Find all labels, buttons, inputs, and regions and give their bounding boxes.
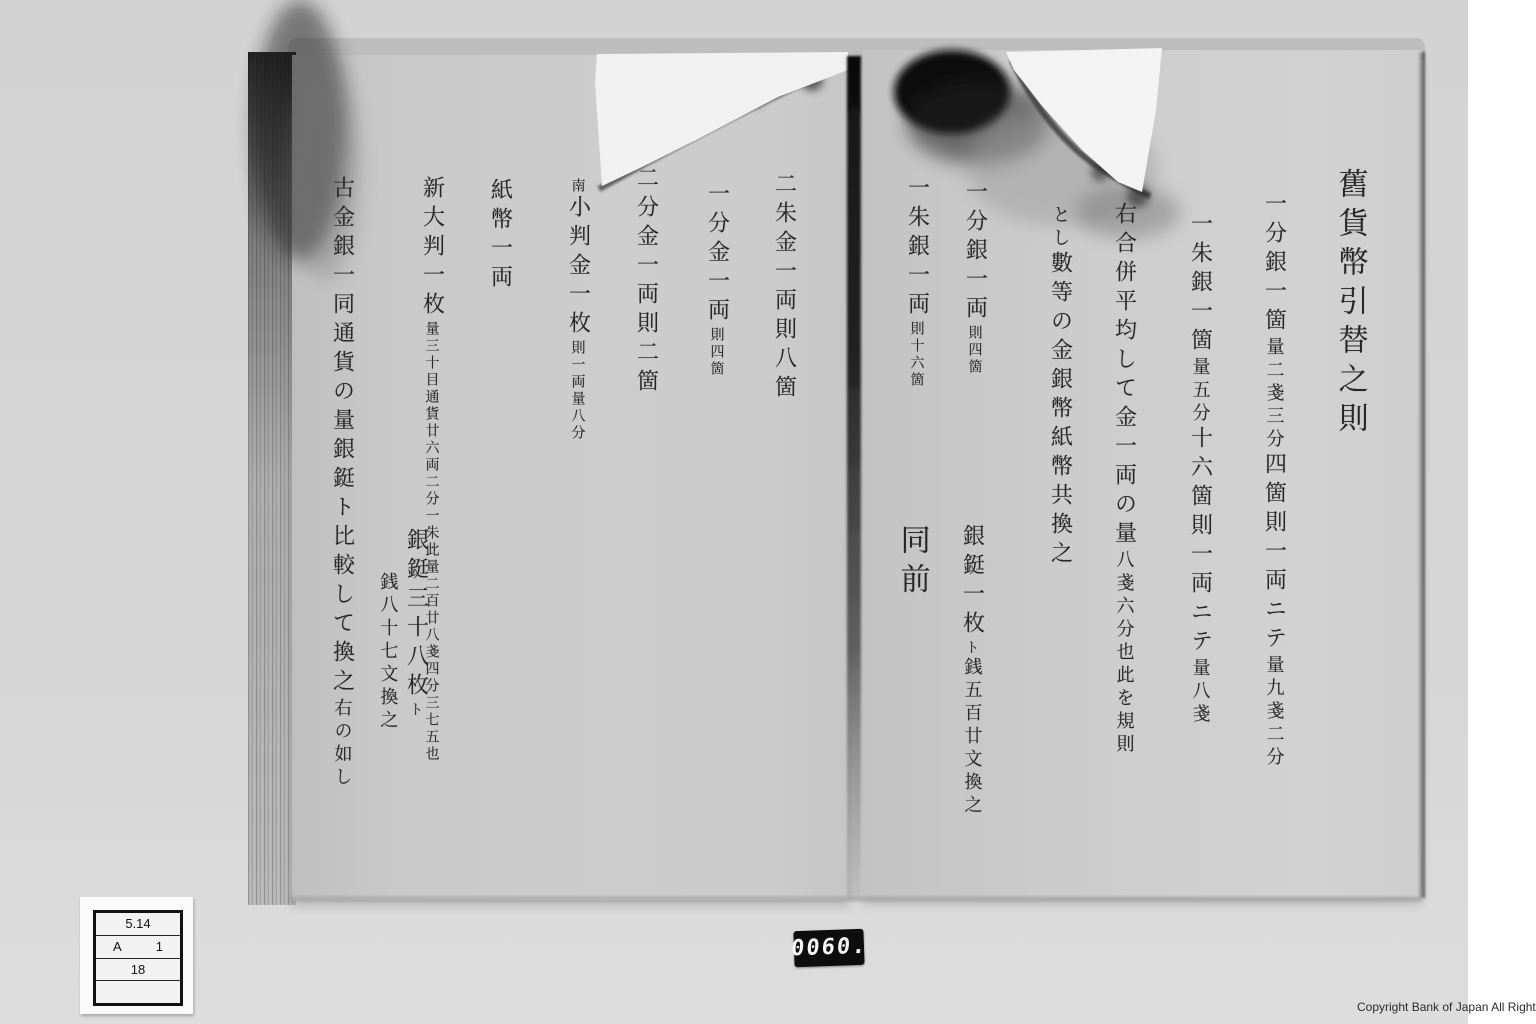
manuscript-text-segment: 一分金一両: [704, 182, 729, 327]
manuscript-text-segment: 一分銀一両: [962, 180, 987, 325]
manuscript-text-segment: 右合併平均して金一両の量: [1111, 202, 1136, 550]
bottom-page-edge: [290, 896, 1422, 902]
manuscript-text-segment: 八戔六分也此を規則: [1113, 550, 1134, 757]
manuscript-text-segment: 數等の金銀幣紙幣共換之: [1047, 251, 1072, 570]
frame-counter-digits: 0060.: [790, 936, 868, 961]
right-page-edge: [1418, 52, 1425, 898]
manuscript-text-segment: 銀鋌三十八枚: [403, 528, 428, 702]
manuscript-text-segment: 古金銀一同通貨の量銀鋌ト比較して換之: [329, 176, 354, 698]
manuscript-text-segment: 舊貨幣引替之則: [1333, 168, 1368, 441]
manuscript-text-segment: 則十六箇: [908, 321, 924, 389]
manuscript-text-segment: 四箇則一両ニテ: [1261, 452, 1286, 655]
manuscript-text-segment: ト: [407, 702, 423, 719]
archive-label-table: 5.14 A 1 18: [93, 910, 183, 1006]
screenshot-stage: 舊貨幣引替之則一分銀一箇量二戔三分四箇則一両ニテ量九戔二分一朱銀一箇量五分十六箇…: [0, 0, 1536, 1024]
manuscript-text-segment: 新大判一枚: [419, 176, 444, 321]
frame-counter: 0060.: [793, 929, 864, 967]
label-series-number: 1: [156, 939, 163, 954]
archive-label-card: 5.14 A 1 18: [80, 897, 193, 1014]
manuscript-text-segment: 南: [569, 178, 585, 195]
manuscript-column: 古金銀一同通貨の量銀鋌ト比較して換之右の如し: [330, 176, 352, 790]
manuscript-text-segment: 則一両量八分: [569, 340, 585, 442]
manuscript-text-segment: 紙幣一両: [487, 178, 512, 294]
manuscript-text-segment: 十六箇則一両ニテ: [1187, 426, 1212, 658]
copyright-text: Copyright Bank of Japan All Rights Reser…: [1357, 1000, 1536, 1014]
manuscript-column: 右合併平均して金一両の量八戔六分也此を規則: [1112, 202, 1134, 757]
manuscript-column: 紙幣一両: [488, 178, 510, 294]
label-row-call-number: 5.14: [96, 913, 180, 936]
manuscript-text-segment: 量二戔三分: [1263, 337, 1284, 452]
manuscript-text-segment: ト: [963, 640, 979, 657]
manuscript-column: 二分金一両則二箇: [634, 166, 656, 398]
manuscript-text-segment: 量五分: [1189, 357, 1210, 426]
damage-effects: [0, 0, 1468, 1024]
manuscript-text-segment: 一分銀一箇: [1261, 192, 1286, 337]
label-row-item: 18: [96, 959, 180, 982]
manuscript-column: 一分金一両則四箇: [705, 182, 727, 378]
manuscript-title: 舊貨幣引替之則: [1334, 168, 1365, 441]
manuscript-text-segment: 量八戔: [1189, 658, 1210, 727]
label-row-series: A 1: [96, 936, 180, 959]
manuscript-text-segment: 銭八十七文換之: [377, 572, 398, 733]
manuscript-text-segment: 右の如し: [331, 698, 352, 790]
manuscript-text-segment: とし: [1049, 205, 1070, 251]
label-series-letter: A: [113, 939, 122, 954]
manuscript-column: 銀鋌三十八枚ト: [404, 528, 426, 719]
label-row-empty: [96, 981, 180, 1003]
manuscript-column: 南小判金一枚則一両量八分: [566, 178, 588, 442]
manuscript-column: 二朱金一両則八箇: [772, 172, 794, 404]
manuscript-text-segment: 則四箇: [708, 327, 724, 378]
spine-gutter: [847, 56, 861, 898]
manuscript-column: 銀鋌一枚ト銭五百廿文換之: [960, 524, 982, 818]
manuscript-text-segment: 銭五百廿文換之: [961, 657, 982, 818]
manuscript-text-segment: 一朱銀一両: [904, 176, 929, 321]
manuscript-text-segment: 銀鋌一枚: [959, 524, 984, 640]
label-item-number: 18: [131, 962, 145, 977]
manuscript-text-segment: 小判金一枚: [565, 195, 590, 340]
manuscript-text-segment: 二朱金一両則八箇: [771, 172, 796, 404]
manuscript-column: とし數等の金銀幣紙幣共換之: [1048, 205, 1070, 570]
manuscript-column: 一分銀一箇量二戔三分四箇則一両ニテ量九戔二分: [1262, 192, 1284, 770]
manuscript-column: 銭八十七文換之: [378, 572, 396, 733]
manuscript-column: 一分銀一両則四箇: [963, 180, 985, 376]
manuscript-text-segment: 一朱銀一箇: [1187, 212, 1212, 357]
manuscript-column: 一朱銀一箇量五分十六箇則一両ニテ量八戔: [1188, 212, 1210, 727]
manuscript-column: 同前: [896, 524, 927, 602]
manuscript-text-segment: 量九戔二分: [1263, 655, 1284, 770]
manuscript-text-segment: 同前: [895, 524, 930, 602]
label-call-number: 5.14: [125, 916, 150, 931]
manuscript-column: 一朱銀一両則十六箇: [905, 176, 927, 389]
manuscript-text-segment: 則四箇: [966, 325, 982, 376]
manuscript-text-segment: 二分金一両則二箇: [633, 166, 658, 398]
scanned-photo: 舊貨幣引替之則一分銀一箇量二戔三分四箇則一両ニテ量九戔二分一朱銀一箇量五分十六箇…: [0, 0, 1468, 1024]
